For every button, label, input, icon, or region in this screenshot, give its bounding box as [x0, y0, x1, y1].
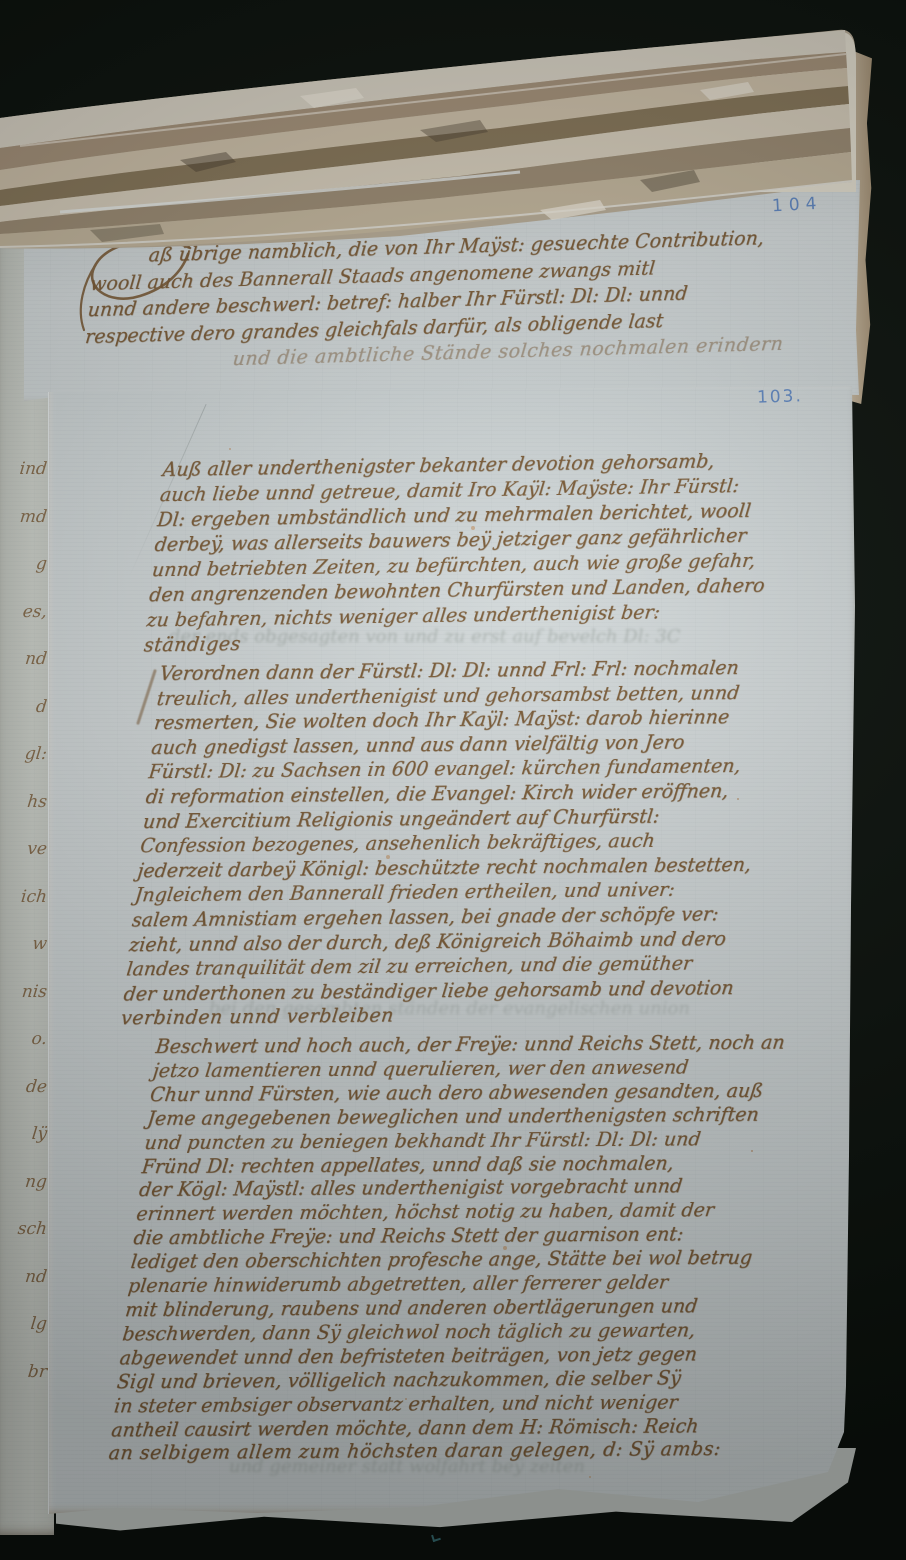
paragraph-2: Verordnen dann der Fürstl: Dl: Dl: unnd … — [120, 656, 775, 1032]
folio-number-103: 103. — [757, 386, 804, 408]
paragraph-1: Auß aller underthenigster bekanter devot… — [143, 448, 780, 658]
page-folio-103: 103. der ends obgesagten von und zu erst… — [48, 386, 859, 1516]
left-edge-fragments: indmdges,nddgl:hsveichwniso.delÿngschndl… — [0, 445, 54, 1395]
manuscript-line: verbinden unnd verbleiben — [120, 1000, 736, 1031]
blue-ink-speck — [431, 1533, 441, 1542]
manuscript-line: an selbigem allem zum höchsten daran gel… — [107, 1438, 739, 1466]
paragraph-3: Beschwert und hoch auch, der Freÿe: unnd… — [107, 1032, 786, 1467]
paper-stack-edges-graphic — [0, 0, 906, 262]
manuscript-line: und puncten zu beniegen bekhandt Ihr Für… — [143, 1127, 775, 1155]
manuscript-line: Beschwert und hoch auch, der Freÿe: unnd… — [154, 1032, 786, 1060]
manuscript-photo: indmdges,nddgl:hsveichwniso.delÿngschndl… — [0, 0, 906, 1560]
left-underpage: indmdges,nddgl:hsveichwniso.delÿngschndl… — [0, 205, 54, 1535]
